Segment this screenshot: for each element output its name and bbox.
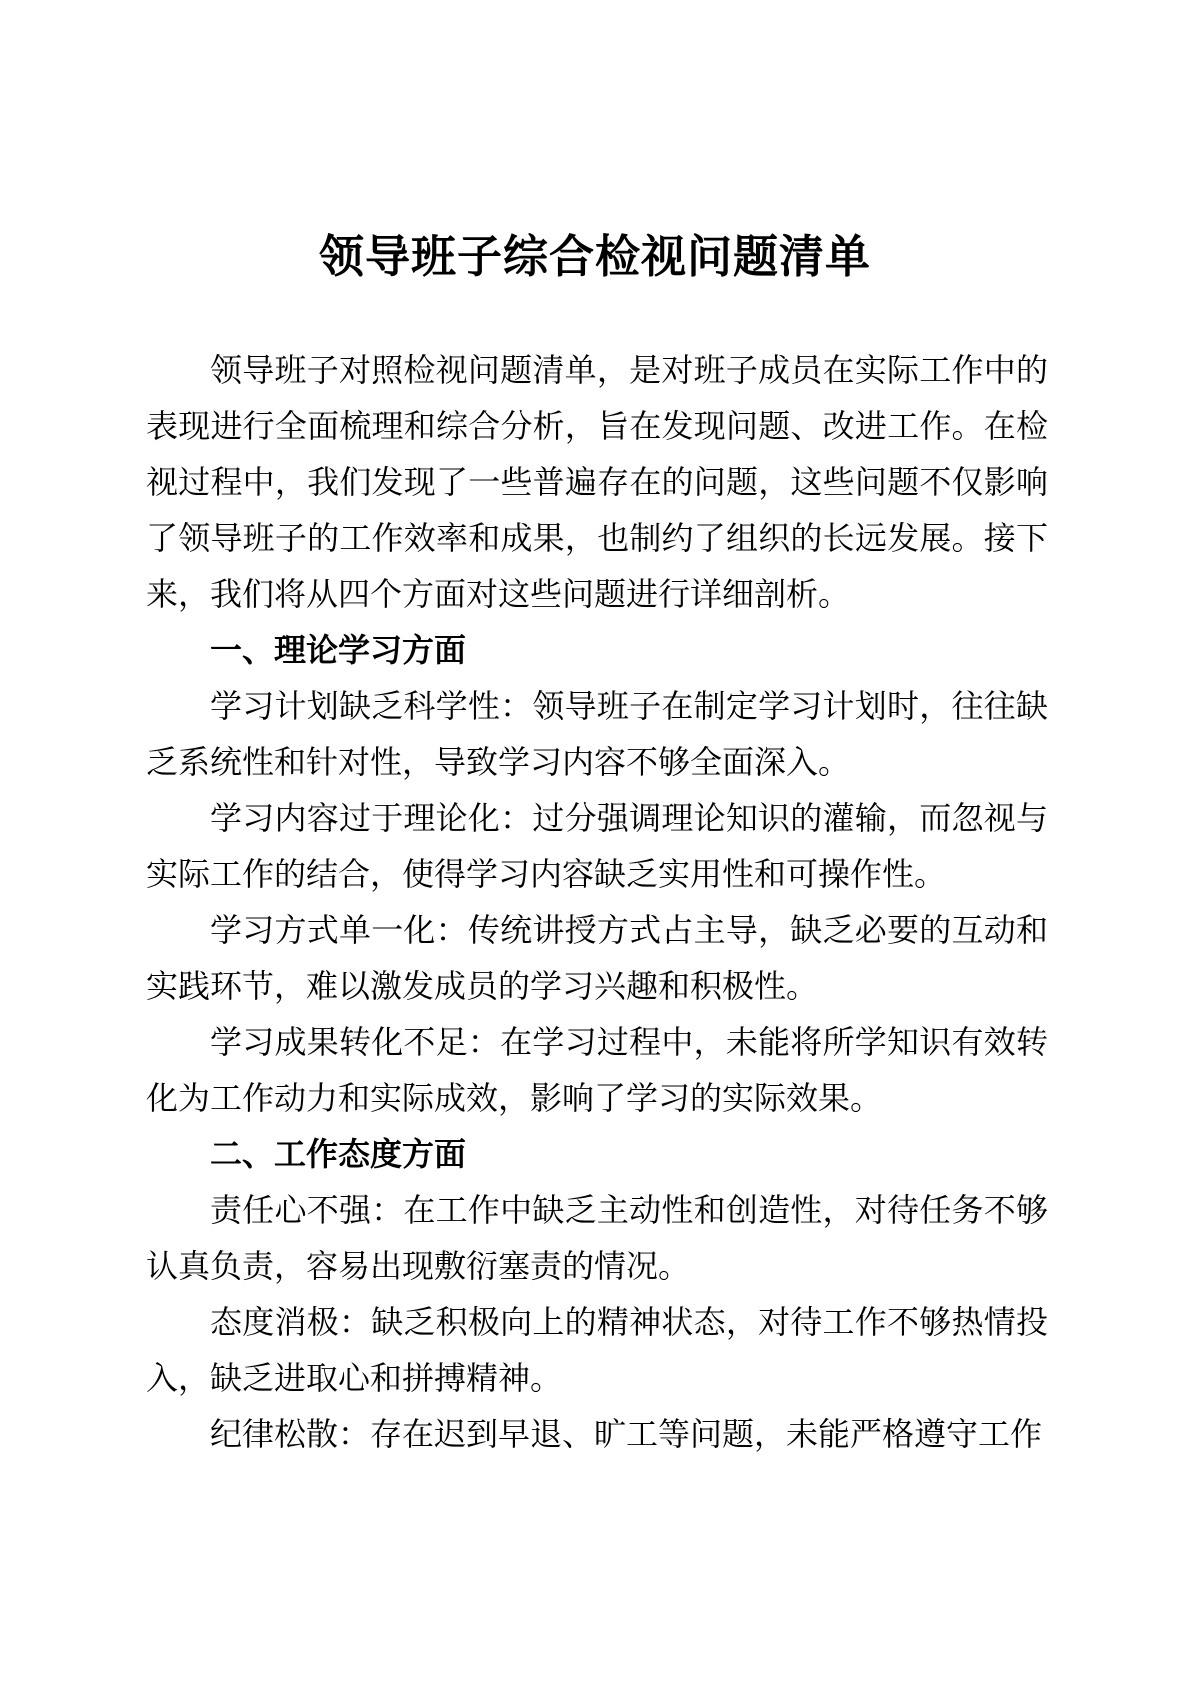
document-title: 领导班子综合检视问题清单: [0, 227, 1190, 287]
section-heading: 一、理论学习方面: [146, 622, 1048, 678]
document-page: 领导班子综合检视问题清单 领导班子对照检视问题清单，是对班子成员在实际工作中的表…: [0, 0, 1190, 1683]
paragraph: 责任心不强：在工作中缺乏主动性和创造性，对待任务不够认真负责，容易出现敷衍塞责的…: [146, 1182, 1048, 1294]
paragraph: 学习内容过于理论化：过分强调理论知识的灌输，而忽视与实际工作的结合，使得学习内容…: [146, 790, 1048, 902]
section-heading: 二、工作态度方面: [146, 1126, 1048, 1182]
paragraph: 领导班子对照检视问题清单，是对班子成员在实际工作中的表现进行全面梳理和综合分析，…: [146, 342, 1048, 622]
paragraph: 纪律松散：存在迟到早退、旷工等问题，未能严格遵守工作: [146, 1406, 1048, 1462]
paragraph: 学习计划缺乏科学性：领导班子在制定学习计划时，往往缺乏系统性和针对性，导致学习内…: [146, 678, 1048, 790]
paragraph: 学习方式单一化：传统讲授方式占主导，缺乏必要的互动和实践环节，难以激发成员的学习…: [146, 902, 1048, 1014]
paragraph: 学习成果转化不足：在学习过程中，未能将所学知识有效转化为工作动力和实际成效，影响…: [146, 1014, 1048, 1126]
document-body: 领导班子对照检视问题清单，是对班子成员在实际工作中的表现进行全面梳理和综合分析，…: [146, 342, 1048, 1462]
paragraph: 态度消极：缺乏积极向上的精神状态，对待工作不够热情投入，缺乏进取心和拼搏精神。: [146, 1294, 1048, 1406]
